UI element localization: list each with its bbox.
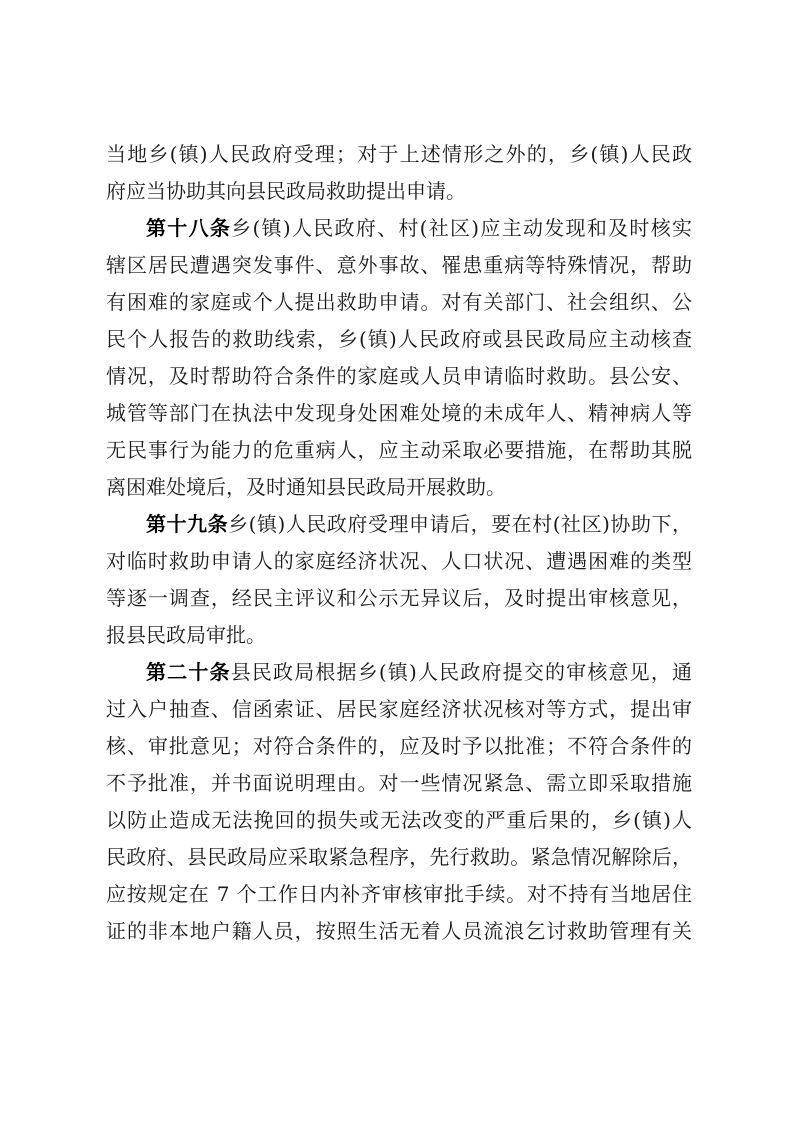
text-line: 辖区居民遭遇突发事件、意外事故、罹患重病等特殊情况，帮助 xyxy=(106,247,692,284)
article-heading: 第二十条 xyxy=(146,660,231,684)
text-line: 不予批准，并书面说明理由。对一些情况紧急、需立即采取措施 xyxy=(106,765,692,802)
text-line: 当地乡(镇)人民政府受理；对于上述情形之外的，乡(镇)人民政 xyxy=(106,136,692,173)
paragraph-article-19: 第十九条乡(镇)人民政府受理申请后，要在村(社区)协助下， 对临时救助申请人的家… xyxy=(106,506,692,654)
text-line: 报县民政局审批。 xyxy=(106,617,692,654)
article-heading: 第十九条 xyxy=(146,512,228,536)
text-line-first: 第二十条县民政局根据乡(镇)人民政府提交的审核意见，通 xyxy=(106,654,692,691)
text-line-first: 第十八条乡(镇)人民政府、村(社区)应主动发现和及时核实 xyxy=(106,210,692,247)
text-line: 离困难处境后，及时通知县民政局开展救助。 xyxy=(106,469,692,506)
text-line-first: 第十九条乡(镇)人民政府受理申请后，要在村(社区)协助下， xyxy=(106,506,692,543)
text-span: 乡(镇)人民政府受理申请后，要在村(社区)协助下， xyxy=(228,512,692,536)
text-line: 无民事行为能力的危重病人，应主动采取必要措施，在帮助其脱 xyxy=(106,432,692,469)
text-line: 府应当协助其向县民政局救助提出申请。 xyxy=(106,173,692,210)
paragraph-article-18: 第十八条乡(镇)人民政府、村(社区)应主动发现和及时核实 辖区居民遭遇突发事件、… xyxy=(106,210,692,506)
text-line: 核、审批意见；对符合条件的，应及时予以批准；不符合条件的 xyxy=(106,728,692,765)
paragraph-continuation: 当地乡(镇)人民政府受理；对于上述情形之外的，乡(镇)人民政 府应当协助其向县民… xyxy=(106,136,692,210)
text-line: 证的非本地户籍人员，按照生活无着人员流浪乞讨救助管理有关 xyxy=(106,913,692,950)
text-line: 等逐一调查，经民主评议和公示无异议后，及时提出审核意见， xyxy=(106,580,692,617)
text-line: 过入户抽查、信函索证、居民家庭经济状况核对等方式，提出审 xyxy=(106,691,692,728)
text-line: 民个人报告的救助线索，乡(镇)人民政府或县民政局应主动核查 xyxy=(106,321,692,358)
text-line: 情况，及时帮助符合条件的家庭或人员申请临时救助。县公安、 xyxy=(106,358,692,395)
text-span: 乡(镇)人民政府、村(社区)应主动发现和及时核实 xyxy=(231,216,692,240)
text-line: 以防止造成无法挽回的损失或无法改变的严重后果的，乡(镇)人 xyxy=(106,802,692,839)
text-line: 对临时救助申请人的家庭经济状况、人口状况、遭遇困难的类型 xyxy=(106,543,692,580)
text-line: 民政府、县民政局应采取紧急程序，先行救助。紧急情况解除后， xyxy=(106,839,692,876)
text-line: 有困难的家庭或个人提出救助申请。对有关部门、社会组织、公 xyxy=(106,284,692,321)
text-line: 应按规定在 7 个工作日内补齐审核审批手续。对不持有当地居住 xyxy=(106,876,692,913)
article-heading: 第十八条 xyxy=(146,216,231,240)
text-span: 县民政局根据乡(镇)人民政府提交的审核意见，通 xyxy=(231,660,692,684)
paragraph-article-20: 第二十条县民政局根据乡(镇)人民政府提交的审核意见，通 过入户抽查、信函索证、居… xyxy=(106,654,692,950)
document-page: 当地乡(镇)人民政府受理；对于上述情形之外的，乡(镇)人民政 府应当协助其向县民… xyxy=(106,136,692,950)
text-line: 城管等部门在执法中发现身处困难处境的未成年人、精神病人等 xyxy=(106,395,692,432)
